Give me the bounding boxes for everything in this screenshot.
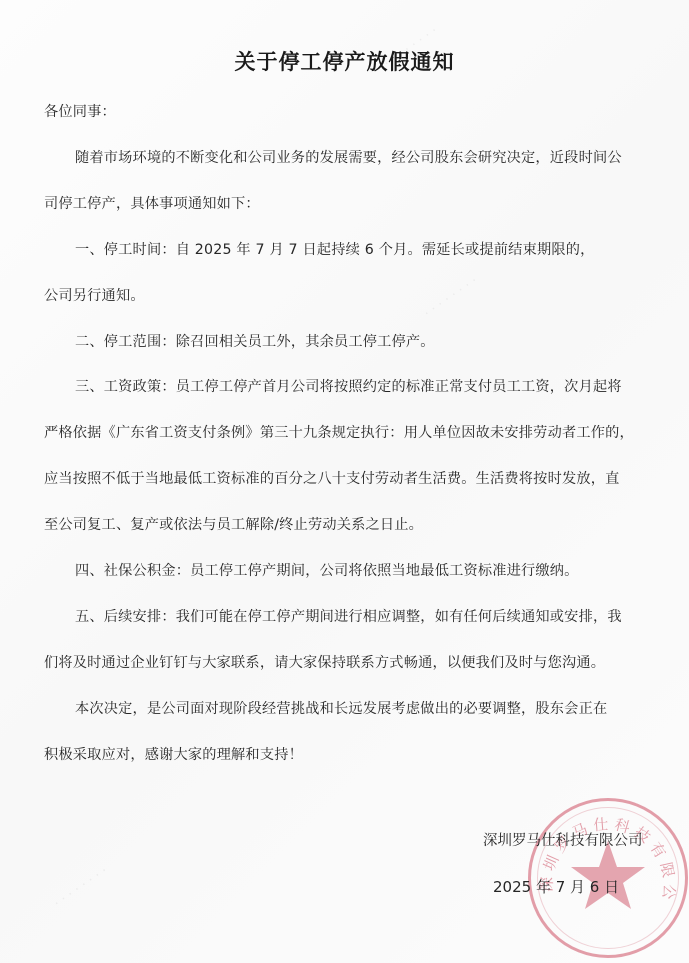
clause-1: 一、停工时间：自 2025 年 7 月 7 日起持续 6 个月。需延长或提前结束… bbox=[75, 239, 595, 259]
closing-line: 本次决定，是公司面对现阶段经营挑战和长远发展考虑做出的必要调整，股东会正在 bbox=[75, 698, 607, 718]
clause-3-cont: 严格依据《广东省工资支付条例》第三十九条规定执行：用人单位因故未安排劳动者工作的… bbox=[44, 422, 634, 442]
body-line: 司停工停产，具体事项通知如下： bbox=[44, 193, 260, 213]
closing-line: 积极采取应对，感谢大家的理解和支持！ bbox=[44, 744, 303, 764]
clause-3-cont: 至公司复工、复产或依法与员工解除/终止劳动关系之日止。 bbox=[44, 514, 423, 534]
document-title: 关于停工停产放假通知 bbox=[0, 46, 689, 76]
clause-4: 四、社保公积金：员工停工停产期间，公司将依照当地最低工资标准进行缴纳。 bbox=[75, 560, 579, 580]
body-line: 随着市场环境的不断变化和公司业务的发展需要，经公司股东会研究决定，近段时间公 bbox=[75, 147, 622, 167]
clause-5: 五、后续安排：我们可能在停工停产期间进行相应调整，如有任何后续通知或安排，我 bbox=[75, 606, 622, 626]
signature-date: 2025 年 7 月 6 日 bbox=[493, 876, 619, 897]
document-page: · · · · · · · · · · · · · · · · · · · · … bbox=[0, 0, 689, 963]
clause-3-cont: 应当按照不低于当地最低工资标准的百分之八十支付劳动者生活费。生活费将按时发放，直 bbox=[44, 468, 620, 488]
watermark: · · · · · · · · bbox=[421, 274, 480, 322]
clause-3: 三、工资政策：员工停工停产首月公司将按照约定的标准正常支付员工工资，次月起将 bbox=[75, 376, 622, 396]
signature-company: 深圳罗马仕科技有限公司 bbox=[483, 829, 643, 850]
watermark: · · · · · · · · bbox=[51, 864, 110, 912]
clause-5-cont: 们将及时通过企业钉钉与大家联系，请大家保持联系方式畅通，以便我们及时与您沟通。 bbox=[44, 652, 605, 672]
clause-1-cont: 公司另行通知。 bbox=[44, 285, 145, 305]
salutation: 各位同事： bbox=[44, 101, 116, 121]
clause-2: 二、停工范围：除召回相关员工外，其余员工停工停产。 bbox=[75, 331, 435, 351]
